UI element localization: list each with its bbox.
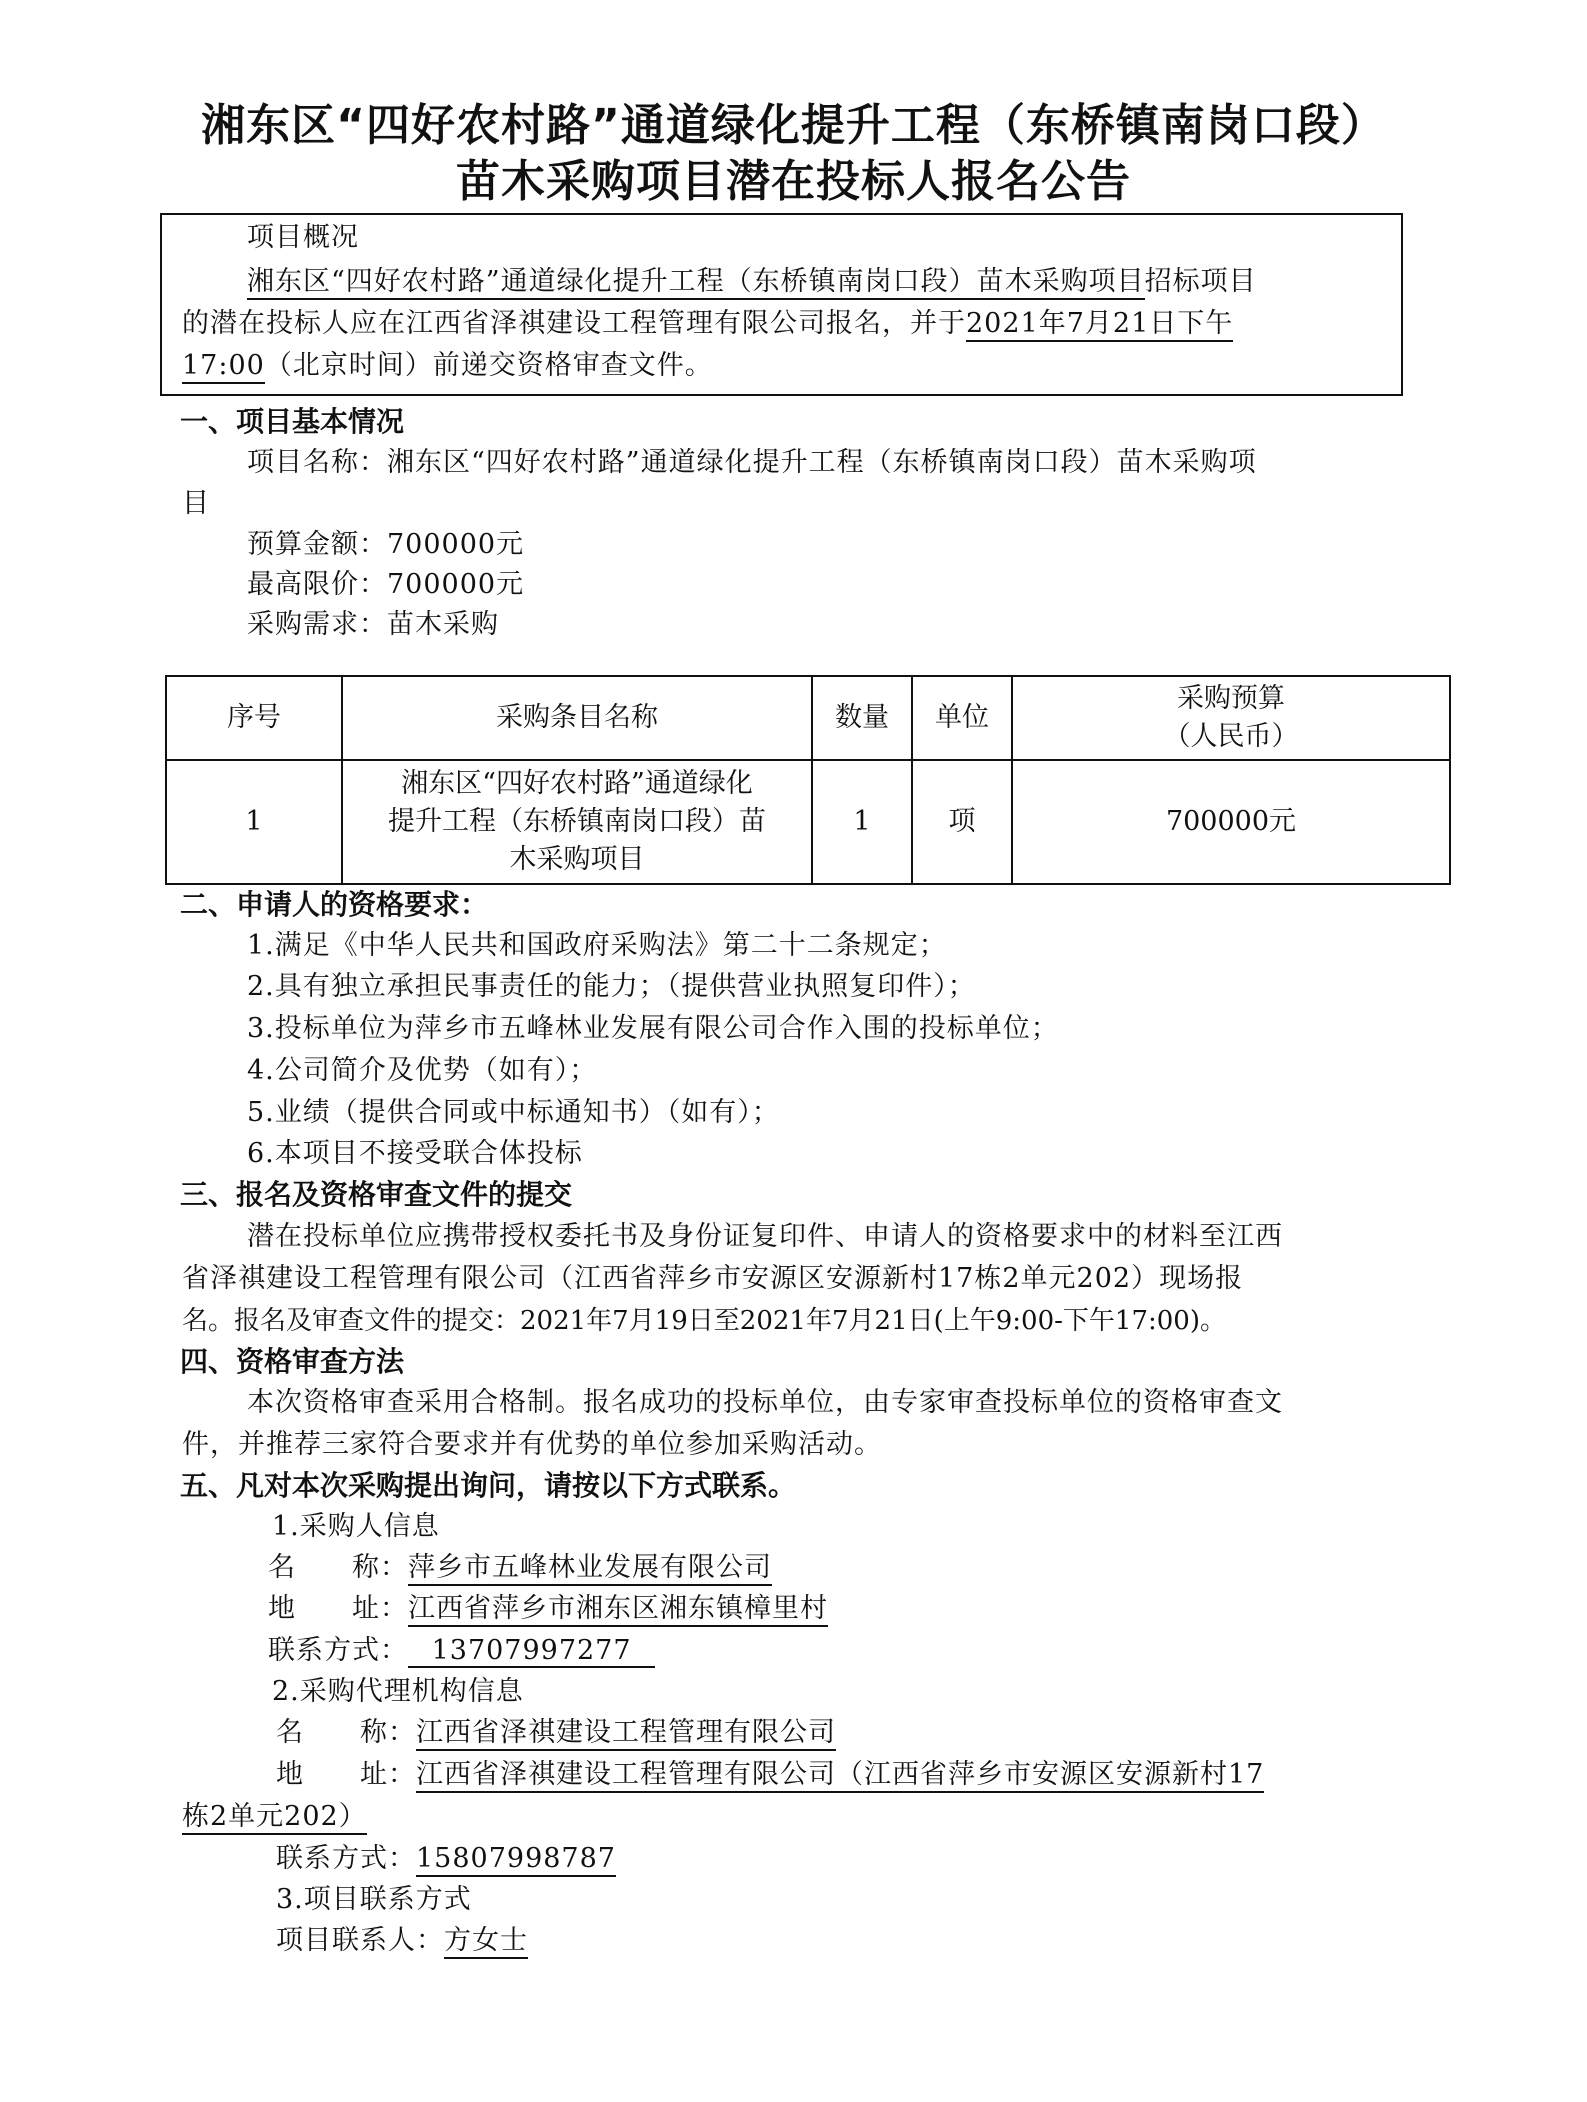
purchaser-contact-row: 联系方式： 13707997277 [268, 1632, 655, 1670]
section2-heading: 二、申请人的资格要求： [180, 886, 488, 924]
overview-text1-tail: 招标项目 [1145, 266, 1257, 297]
section3-line3: 名。报名及审查文件的提交：2021年7月19日至2021年7月21日(上午9:0… [182, 1302, 1226, 1340]
agency-address-label: 地 址： [276, 1759, 416, 1790]
overview-deadline-date: 2021年7月21日下午 [966, 308, 1233, 342]
agency-phone: 15807998787 [416, 1843, 616, 1877]
purchaser-phone: 13707997277 [408, 1635, 655, 1668]
header-unit: 单位 [912, 676, 1012, 760]
purchaser-address: 江西省萍乡市湘东区湘东镇樟里村 [408, 1593, 828, 1627]
overview-text2: 的潜在投标人应在江西省泽祺建设工程管理有限公司报名，并于 [182, 308, 966, 339]
overview-project-name: 湘东区“四好农村路”通道绿化提升工程（东桥镇南岗口段）苗木采购项目 [247, 266, 1145, 300]
project-contact-row: 项目联系人：方女士 [276, 1922, 528, 1960]
purchaser-name-label: 名 称： [268, 1552, 408, 1583]
table-row: 1 湘东区“四好农村路”通道绿化 提升工程（东桥镇南岗口段）苗 木采购项目 1 … [166, 760, 1450, 884]
header-budget: 采购预算 （人民币） [1012, 676, 1450, 760]
agency-contact-label: 联系方式： [276, 1843, 416, 1874]
section4-line1: 本次资格审查采用合格制。报名成功的投标单位，由专家审查投标单位的资格审查文 [247, 1384, 1283, 1422]
header-qty: 数量 [812, 676, 912, 760]
cell-qty: 1 [812, 760, 912, 884]
agency-address-row: 地 址：江西省泽祺建设工程管理有限公司（江西省萍乡市安源区安源新村17 [276, 1756, 1264, 1794]
requirement-4: 4.公司简介及优势（如有）； [247, 1052, 597, 1090]
procurement-table: 序号 采购条目名称 数量 单位 采购预算 （人民币） 1 湘东区“四好农村路”通… [165, 675, 1451, 885]
agency-contact-row: 联系方式：15807998787 [276, 1840, 616, 1878]
agency-name: 江西省泽祺建设工程管理有限公司 [416, 1717, 836, 1751]
page-title-line2: 苗木采购项目潜在投标人报名公告 [0, 154, 1587, 210]
purchaser-address-row: 地 址：江西省萍乡市湘东区湘东镇樟里村 [268, 1590, 828, 1628]
purchaser-contact-label: 联系方式： [268, 1635, 408, 1666]
section4-heading: 四、资格审查方法 [180, 1343, 404, 1381]
section1-heading: 一、项目基本情况 [180, 403, 404, 441]
project-name-line1: 项目名称：湘东区“四好农村路”通道绿化提升工程（东桥镇南岗口段）苗木采购项 [247, 444, 1257, 482]
overview-line2: 的潜在投标人应在江西省泽祺建设工程管理有限公司报名，并于2021年7月21日下午 [182, 305, 1233, 343]
project-name-line2: 目 [182, 485, 210, 523]
cell-item-name: 湘东区“四好农村路”通道绿化 提升工程（东桥镇南岗口段）苗 木采购项目 [342, 760, 812, 884]
requirement-1: 1.满足《中华人民共和国政府采购法》第二十二条规定； [247, 927, 947, 965]
purchaser-heading: 1.采购人信息 [272, 1508, 440, 1546]
cell-budget: 700000元 [1012, 760, 1450, 884]
section3-heading: 三、报名及资格审查文件的提交 [180, 1176, 572, 1214]
project-contact-person: 方女士 [444, 1925, 528, 1959]
cell-item-name-line3: 木采购项目 [349, 841, 805, 879]
cell-no: 1 [166, 760, 342, 884]
section3-line1: 潜在投标单位应携带授权委托书及身份证复印件、申请人的资格要求中的材料至江西 [247, 1218, 1283, 1256]
purchaser-name: 萍乡市五峰林业发展有限公司 [408, 1552, 772, 1586]
project-contact-heading: 3.项目联系方式 [276, 1881, 472, 1919]
section5-heading: 五、凡对本次采购提出询问，请按以下方式联系。 [180, 1467, 796, 1505]
requirement-6: 6.本项目不接受联合体投标 [247, 1135, 583, 1173]
project-contact-label: 项目联系人： [276, 1925, 444, 1956]
table-header-row: 序号 采购条目名称 数量 单位 采购预算 （人民币） [166, 676, 1450, 760]
cell-item-name-line2: 提升工程（东桥镇南岗口段）苗 [349, 803, 805, 841]
overview-text3: （北京时间）前递交资格审查文件。 [265, 350, 713, 381]
requirement-3: 3.投标单位为萍乡市五峰林业发展有限公司合作入围的投标单位； [247, 1010, 1059, 1048]
purchaser-name-row: 名 称：萍乡市五峰林业发展有限公司 [268, 1549, 772, 1587]
agency-name-label: 名 称： [276, 1717, 416, 1748]
requirement-2: 2.具有独立承担民事责任的能力；（提供营业执照复印件）； [247, 968, 976, 1006]
header-item-name: 采购条目名称 [342, 676, 812, 760]
overview-line3: 17:00（北京时间）前递交资格审查文件。 [182, 347, 713, 385]
agency-name-row: 名 称：江西省泽祺建设工程管理有限公司 [276, 1714, 836, 1752]
agency-address-cont: 栋2单元202） [182, 1801, 367, 1835]
purchaser-address-label: 地 址： [268, 1593, 408, 1624]
requirement-5: 5.业绩（提供合同或中标通知书）（如有）； [247, 1094, 780, 1132]
agency-address-line2: 栋2单元202） [182, 1798, 367, 1836]
section3-line2: 省泽祺建设工程管理有限公司（江西省萍乡市安源区安源新村17栋2单元202）现场报 [182, 1260, 1243, 1298]
cell-item-name-line1: 湘东区“四好农村路”通道绿化 [349, 765, 805, 803]
header-no: 序号 [166, 676, 342, 760]
overview-deadline-time: 17:00 [182, 350, 265, 384]
header-budget-line2: （人民币） [1019, 718, 1443, 756]
agency-address: 江西省泽祺建设工程管理有限公司（江西省萍乡市安源区安源新村17 [416, 1759, 1264, 1793]
budget-amount: 预算金额：700000元 [247, 526, 524, 564]
procurement-demand: 采购需求：苗木采购 [247, 606, 499, 644]
overview-line1: 湘东区“四好农村路”通道绿化提升工程（东桥镇南岗口段）苗木采购项目招标项目 [247, 263, 1257, 301]
max-price: 最高限价：700000元 [247, 566, 524, 604]
header-budget-line1: 采购预算 [1019, 680, 1443, 718]
section4-line2: 件，并推荐三家符合要求并有优势的单位参加采购活动。 [182, 1426, 882, 1464]
agency-heading: 2.采购代理机构信息 [272, 1673, 524, 1711]
cell-unit: 项 [912, 760, 1012, 884]
page-title-line1: 湘东区“四好农村路”通道绿化提升工程（东桥镇南岗口段） [0, 98, 1587, 154]
overview-heading: 项目概况 [247, 219, 359, 257]
